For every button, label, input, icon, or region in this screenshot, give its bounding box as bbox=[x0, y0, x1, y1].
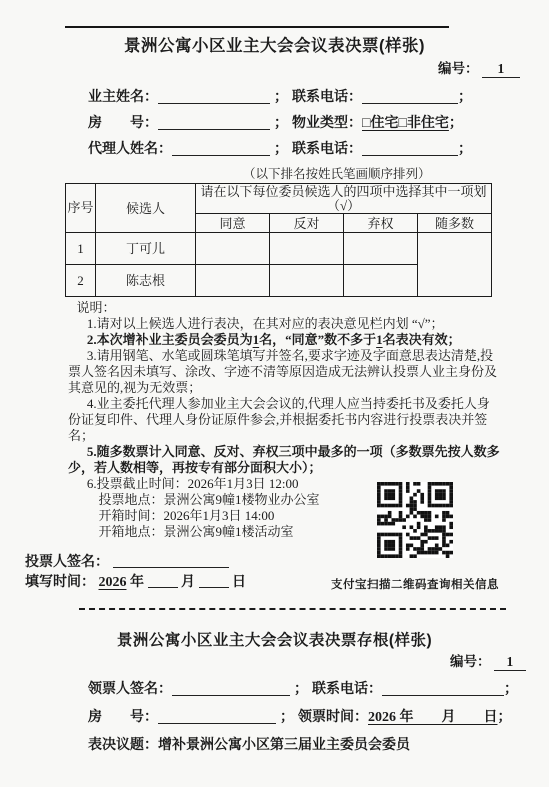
receive-time-label: 领票时间： bbox=[298, 706, 368, 726]
ballot-serial: 编号： 1 bbox=[438, 57, 520, 78]
note-item-2-text: 名，“同意”数不多于 bbox=[259, 332, 376, 347]
note-item-5: 5.随多数票计入同意、反对、弃权三项中最多的一项（多数票先按人数多少，若人数相等… bbox=[68, 444, 500, 476]
agent-phone-blank bbox=[362, 140, 458, 156]
separator: ； bbox=[274, 86, 288, 106]
qr-caption: 支付宝扫描二维码查询相关信息 bbox=[331, 576, 499, 592]
stub-serial: 编号： 1 bbox=[450, 650, 526, 671]
fill-time-day-unit: 日 bbox=[232, 575, 246, 590]
ballot-title: 景洲公寓小区业主大会会议表决票(样张) bbox=[0, 32, 549, 56]
stub-phone-label: 联系电话： bbox=[312, 678, 382, 698]
fill-time-month-blank bbox=[148, 572, 178, 588]
note-item-3: 3.请用钢笔、水笔或圆珠笔填写并签名,要求字迹及字面意思表达清楚,投票人签名因未… bbox=[68, 348, 500, 396]
top-rule bbox=[65, 26, 449, 28]
col-header-abstain: 弃权 bbox=[344, 214, 418, 233]
ballot-serial-label: 编号： bbox=[438, 61, 479, 76]
fill-time-year-unit: 年 bbox=[130, 575, 144, 590]
stub-phone-blank bbox=[382, 680, 504, 696]
qr-code bbox=[377, 482, 453, 558]
separator: ； bbox=[458, 138, 472, 158]
stub-title: 景洲公寓小区业主大会会议表决票存根(样张) bbox=[0, 628, 549, 650]
notes-heading: 说明： bbox=[68, 300, 500, 316]
note-item-1: 1.请对以上候选人进行表决，在其对应的表决意见栏内划 “√”； bbox=[68, 316, 500, 332]
owner-phone-blank bbox=[362, 88, 458, 104]
topic-value: 增补景洲公寓小区第三届业主委员会委员 bbox=[158, 734, 410, 754]
vote-cell-oppose bbox=[270, 233, 344, 265]
topic-row: 表决议题： 增补景洲公寓小区第三届业主委员会委员 bbox=[88, 730, 518, 758]
candidate-row: 1 丁可儿 bbox=[66, 233, 492, 265]
stub-serial-label: 编号： bbox=[450, 654, 491, 669]
stub-room-blank bbox=[158, 708, 276, 724]
room-row: 房 号： ； 物业类型： □住宅□非住宅 ； bbox=[88, 109, 472, 135]
room-label: 房 号： bbox=[88, 112, 158, 132]
ballot-serial-value: 1 bbox=[482, 61, 520, 78]
fill-time-label: 填写时间： bbox=[25, 575, 95, 590]
candidate-name: 丁可儿 bbox=[96, 233, 196, 265]
room-blank bbox=[158, 114, 270, 130]
separator: ； bbox=[504, 678, 518, 698]
vote-cell-follow-majority bbox=[418, 233, 492, 297]
sort-order-note: （以下排名按姓氏笔画顺序排列） bbox=[243, 164, 431, 182]
note-item-2-text: 名表决有效； bbox=[383, 332, 461, 347]
receiver-sign-blank bbox=[172, 680, 290, 696]
choice-instruction-header: 请在以下每位委员候选人的四项中选择其中一项划（√） bbox=[196, 184, 492, 214]
col-header-agree: 同意 bbox=[196, 214, 270, 233]
col-header-no: 序号 bbox=[66, 184, 96, 233]
owner-name-blank bbox=[158, 88, 270, 104]
vote-cell-agree bbox=[196, 233, 270, 265]
voter-signature-label: 投票人签名： bbox=[25, 555, 109, 570]
voter-signature-blank bbox=[113, 552, 229, 568]
fill-time-row: 填写时间： 2026 年 月 日 bbox=[25, 571, 246, 591]
row-no: 1 bbox=[66, 233, 96, 265]
agent-name-label: 代理人姓名： bbox=[88, 138, 172, 158]
vote-cell-agree bbox=[196, 265, 270, 297]
property-type-checkboxes: □住宅□非住宅 bbox=[362, 112, 449, 132]
receive-time-value: 2026 年 月 日 bbox=[368, 706, 498, 726]
note-item-4: 4.业主委托代理人参加业主大会会议的,代理人应当持委托书及委托人身份证复印件、代… bbox=[68, 396, 500, 444]
note-item-2: 2.本次增补业主委员会委员为1名，“同意”数不多于1名表决有效； bbox=[68, 332, 500, 348]
receiver-row: 领票人签名： ； 联系电话： ； bbox=[88, 674, 518, 702]
agent-row: 代理人姓名： ； 联系电话： ； bbox=[88, 135, 472, 161]
owner-name-label: 业主姓名： bbox=[88, 86, 158, 106]
separator: ； bbox=[458, 86, 472, 106]
property-type-label: 物业类型： bbox=[292, 112, 362, 132]
stub-serial-value: 1 bbox=[494, 654, 526, 671]
vote-cell-abstain bbox=[344, 265, 418, 297]
separator: ； bbox=[280, 706, 294, 726]
separator: ； bbox=[449, 112, 463, 132]
stub-room-label: 房 号： bbox=[88, 706, 158, 726]
cut-dashed-line bbox=[79, 608, 506, 610]
fill-time-year-value: 2026 bbox=[99, 575, 127, 590]
col-header-oppose: 反对 bbox=[270, 214, 344, 233]
vote-cell-abstain bbox=[344, 233, 418, 265]
topic-label: 表决议题： bbox=[88, 734, 158, 754]
separator: ； bbox=[274, 112, 288, 132]
col-header-follow-majority: 随多数 bbox=[418, 214, 492, 233]
separator: ； bbox=[274, 138, 288, 158]
vote-cell-oppose bbox=[270, 265, 344, 297]
vote-table: 序号 候选人 请在以下每位委员候选人的四项中选择其中一项划（√） 同意 反对 弃… bbox=[65, 183, 492, 297]
stub-room-row: 房 号： ； 领票时间： 2026 年 月 日 ； bbox=[88, 702, 518, 730]
owner-row: 业主姓名： ； 联系电话： ； bbox=[88, 83, 472, 109]
voter-signature-row: 投票人签名： bbox=[25, 551, 229, 571]
ballot-document-page: { "colors": { "ink": "#1b1b1b", "paper":… bbox=[0, 0, 549, 787]
fill-time-day-blank bbox=[199, 572, 229, 588]
fill-time-month-unit: 月 bbox=[181, 575, 195, 590]
stub-fields: 领票人签名： ； 联系电话： ； 房 号： ； 领票时间： 2026 年 月 日… bbox=[88, 674, 518, 758]
separator: ； bbox=[294, 678, 308, 698]
receiver-sign-label: 领票人签名： bbox=[88, 678, 172, 698]
candidate-name: 陈志根 bbox=[96, 265, 196, 297]
row-no: 2 bbox=[66, 265, 96, 297]
ballot-header-fields: 业主姓名： ； 联系电话： ； 房 号： ； 物业类型： □住宅□非住宅 ； 代… bbox=[88, 83, 472, 161]
owner-phone-label: 联系电话： bbox=[292, 86, 362, 106]
col-header-candidate: 候选人 bbox=[96, 184, 196, 233]
separator: ； bbox=[498, 706, 512, 726]
note-item-2-text: 2.本次增补业主委员会委员为 bbox=[87, 332, 253, 347]
agent-phone-label: 联系电话： bbox=[292, 138, 362, 158]
agent-name-blank bbox=[172, 140, 270, 156]
